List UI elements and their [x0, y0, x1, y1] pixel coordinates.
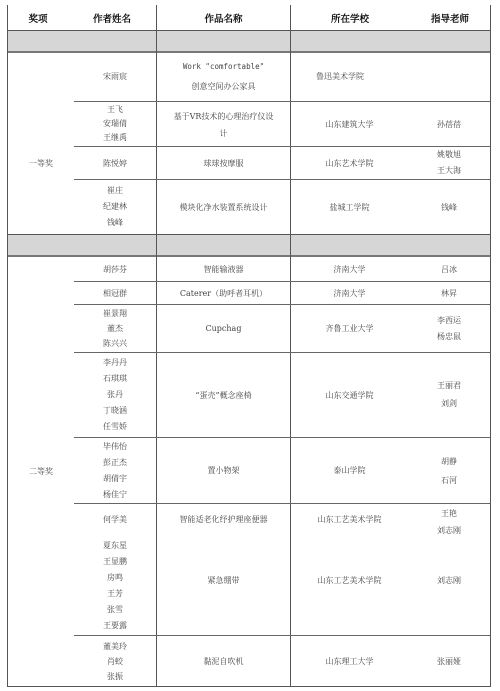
advisor-cell: 王艳 刘志刚 — [408, 504, 490, 540]
advisor-cell: 李西运 杨忠鼠 — [408, 305, 490, 352]
authors-cell: 毕伟怡 彭正杰 胡倩宇 杨佳宁 — [74, 438, 156, 503]
award-first: 一等奖 — [8, 52, 74, 235]
advisor-cell: 王丽君 刘剑 — [408, 353, 490, 437]
authors-cell: 崔庄 纪建林 钱峰 — [74, 180, 156, 234]
work-cell: 球球按摩服 — [157, 147, 290, 179]
authors-cell: 夏东星 王显鹏 房鸣 王芳 张雪 王要露 — [74, 536, 156, 635]
school-cell: 山东理工大学 — [291, 636, 408, 686]
school-cell: 盐城工学院 — [291, 180, 408, 234]
section-band-2 — [8, 235, 490, 256]
school-cell: 泰山学院 — [291, 438, 408, 503]
advisor-cell: 钱峰 — [408, 180, 490, 234]
school-cell: 山东建筑大学 — [291, 102, 408, 146]
work-cell: 基于VR技术的心理治疗仪设 计 — [157, 102, 290, 146]
authors-cell: 崔景翔 董杰 陈兴兴 — [74, 305, 156, 352]
advisor-cell: 孙蓓蓓 — [408, 102, 490, 146]
authors-cell: 董美玲 肖蛟 张振 — [74, 636, 156, 686]
authors-cell: 陈悦婷 — [74, 147, 156, 179]
advisor-cell: 姚敬旭 王大海 — [408, 147, 490, 179]
advisor-cell: 张丽娅 — [408, 636, 490, 686]
school-cell: 山东交通学院 — [291, 353, 408, 437]
header-school: 所在学校 — [291, 5, 411, 30]
authors-cell: 李丹丹 石琪琪 张丹 丁晓涵 任雪娇 — [74, 353, 156, 437]
authors-cell: 胡莎芬 — [74, 257, 156, 281]
authors-cell: 宋雨宸 — [74, 52, 156, 101]
advisor-cell: 林昇 — [408, 282, 490, 304]
work-cell: 模块化净水装置系统设计 — [157, 180, 290, 234]
school-cell: 山东工艺美术学院 — [291, 504, 408, 534]
work-cell: 智能适老化纾护理座便器 — [157, 504, 290, 534]
work-cell: 紧急绷带 — [157, 565, 290, 595]
authors-cell: 相冠群 — [74, 282, 156, 304]
school-cell: 山东艺术学院 — [291, 147, 408, 179]
header-work: 作品名称 — [157, 5, 290, 30]
authors-cell: 王飞 安瑞倩 王继禹 — [74, 102, 156, 146]
work-cell: 智能输液器 — [157, 257, 290, 281]
advisor-cell: 吕冰 — [408, 257, 490, 281]
work-cell: 置小物架 — [157, 438, 290, 503]
school-cell: 齐鲁工业大学 — [291, 305, 408, 352]
school-cell: 济南大学 — [291, 257, 408, 281]
advisor-cell: 胡静 石河 — [408, 438, 490, 503]
divider — [8, 234, 490, 235]
awards-table: 奖项 作者姓名 作品名称 所在学校 指导老师 一等奖 宋雨宸 Work "com… — [7, 5, 491, 687]
advisor-cell: 刘志刚 — [408, 565, 490, 595]
work-cell: “蛋壳”概念座椅 — [157, 353, 290, 437]
work-cell: Work "comfortable" 创意空间办公家具 — [157, 52, 290, 101]
school-cell: 济南大学 — [291, 282, 408, 304]
work-cell: 黏泥自吹机 — [157, 636, 290, 686]
work-cell: Caterer（助呼者耳机） — [157, 282, 290, 304]
header-advisor: 指导老师 — [408, 5, 492, 30]
header-award: 奖项 — [8, 5, 68, 30]
school-cell: 山东工艺美术学院 — [291, 565, 408, 595]
section-band-1 — [8, 31, 490, 52]
work-cell: Cupchag — [157, 305, 290, 352]
school-cell: 鲁迅美术学院 — [291, 52, 411, 101]
authors-cell: 何学美 — [74, 504, 156, 534]
header-authors: 作者姓名 — [68, 5, 156, 30]
award-second: 二等奖 — [8, 256, 74, 686]
divider — [8, 30, 490, 31]
